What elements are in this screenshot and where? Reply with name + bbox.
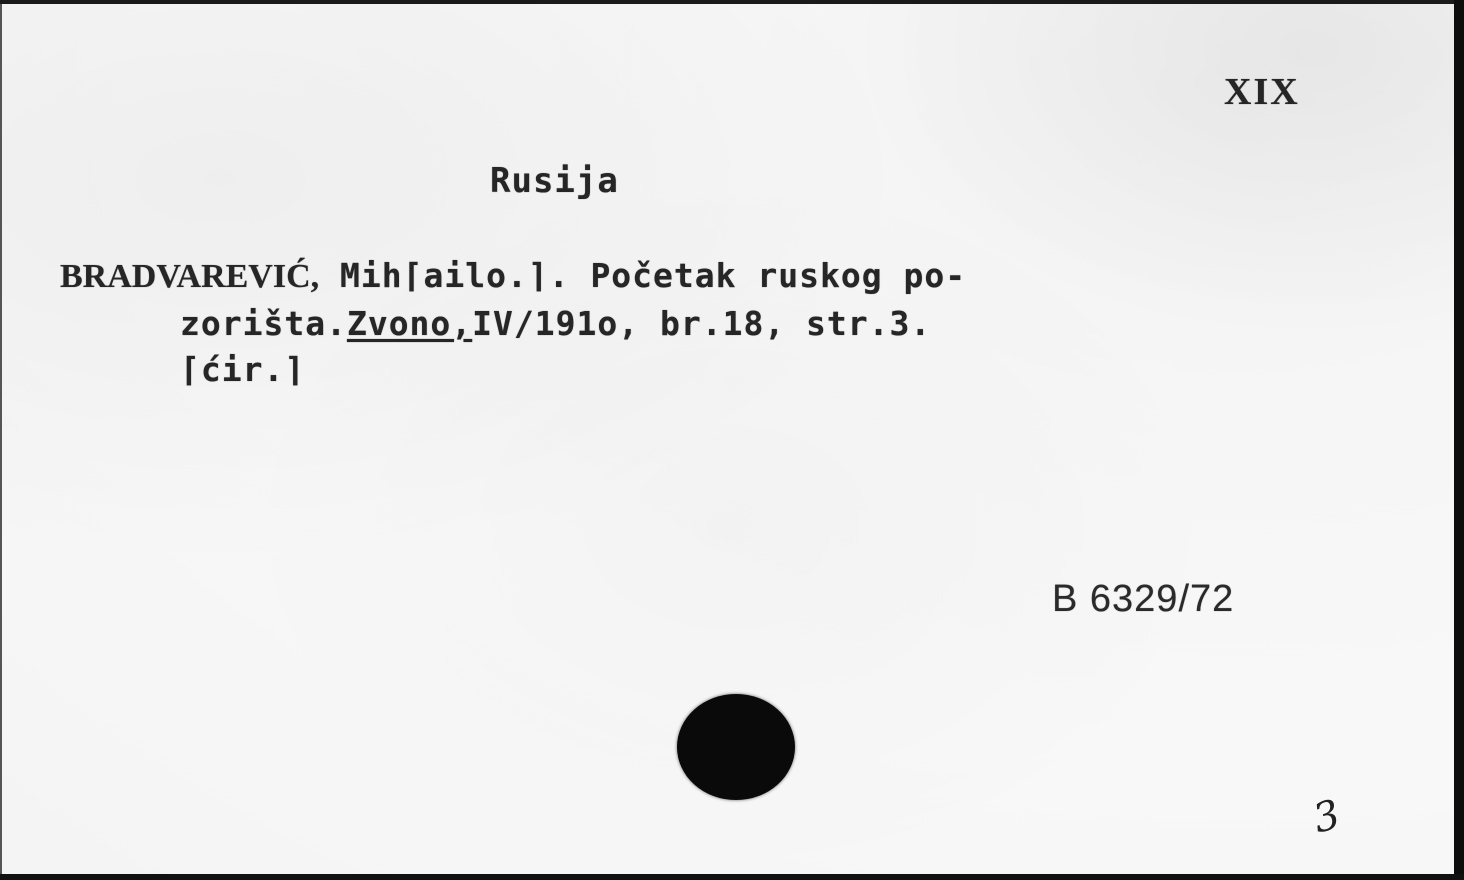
punch-hole-icon [677, 694, 795, 800]
title-part-1: Početak ruskog po- [590, 256, 966, 295]
subject-heading: Rusija [490, 161, 619, 201]
issue-info: IV/191o, br.18, str.3. [472, 304, 931, 343]
scan-edge-right [1454, 0, 1464, 880]
entry-line-3: ⌈ćir.⌉ [180, 350, 305, 389]
entry-line-2: zorišta.Zvono,IV/191o, br.18, str.3. [180, 304, 931, 343]
script-note: ⌈ćir.⌉ [180, 350, 305, 389]
section-number: XIX [1224, 70, 1300, 114]
author-given-name: Mih⌈ailo.⌉. [340, 256, 570, 295]
entry-line-1: BRADVAREVIĆ, Mih⌈ailo.⌉. Početak ruskog … [60, 256, 966, 296]
call-number: B 6329/72 [1052, 578, 1234, 621]
author-surname: BRADVAREVIĆ, [60, 258, 319, 295]
scan-edge-bottom [0, 874, 1464, 880]
handwritten-mark: 3 [1308, 791, 1344, 842]
catalog-card: XIX Rusija BRADVAREVIĆ, Mih⌈ailo.⌉. Poče… [0, 4, 1456, 874]
title-part-2: zorišta. [180, 304, 347, 343]
journal-name: Zvono, [347, 304, 472, 343]
